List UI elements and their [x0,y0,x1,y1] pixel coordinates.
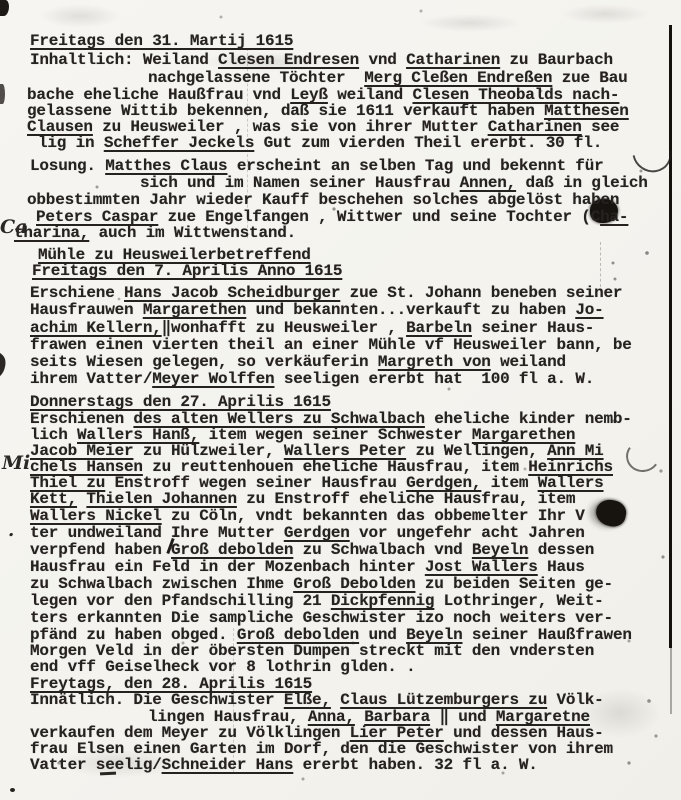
text-line: frawen einen vierten theil an einer Mühl… [30,337,632,354]
underlined-text: Heinrichs [528,458,613,476]
text-line: bache eheliche Haußfrau vnd Leyß weiland… [27,87,619,104]
text-segment: ters erkannten Die sampliche Geschwister… [30,609,613,627]
text-segment: seeligen ererbt hat 100 fl a. W. [274,370,594,388]
text-segment: frawen einen vierten theil an einer Mühl… [30,336,632,354]
underlined-text: Mühle zu Heusweilerbetreffend [38,246,311,264]
underlined-text: Freitags den 31. Martij 1615 [30,32,293,50]
underlined-text: Groß debolden [237,626,359,644]
underlined-text: Donnerstags den 27. Aprilis 1615 [30,393,331,411]
text-segment: ihrem Vatter/ [30,370,152,388]
text-segment: zu Schwalbach vnd [293,541,472,559]
ring-stain [623,437,662,474]
text-line: tharina, auch im Wittwenstand. [14,225,296,242]
text-line: Clausen zu Heusweiler , was sie von ihre… [27,119,619,136]
text-segment: weiland [328,86,413,104]
text-segment: zu Heusweiler , was sie von ihrer Mutter [93,118,488,136]
text-segment: verkaufen dem Meyer zu Völklingen [30,724,350,742]
text-line: Erschiene Hans Jacob Scheidburger zue St… [30,285,622,302]
text-line: Peters Caspar zue Engelfangen , Wittwer … [36,209,628,226]
underlined-text: Elße, [284,691,331,709]
text-line: seits Wiesen gelegen, so verkäuferin Mar… [30,354,566,371]
underlined-text: Leyß [290,86,328,104]
text-segment: lingen Hausfrau, [148,708,308,726]
text-segment: ‖wonhafft zu Heusweiler , [162,319,406,337]
text-segment: eheliche kinder nemb- [425,410,632,428]
text-segment: vor ungefehr acht Jahren [350,524,585,542]
text-segment: Inhaltlich: Weiland [30,51,218,69]
underlined-text: Barbara [364,708,430,726]
ink-dot [10,788,15,792]
fold-crease [233,628,234,773]
scan-smudge [420,14,520,32]
scan-smudge [200,52,330,72]
underlined-text: Beyeln [472,541,528,559]
text-segment: zu Wellingen, [406,442,547,460]
text-segment: obbestimmten Jahr wieder Kauff beschehen… [27,191,619,209]
text-line: ihrem Vatter/Meyer Wolffen seeligen erer… [30,371,594,388]
underlined-text: Matthes Claus [105,157,227,175]
text-segment: Hausfrauwen [30,301,143,319]
text-segment: seiner Haußfrawen [463,626,632,644]
text-line: Jacob Meier zu Hülzweiler, Wallers Peter… [30,443,604,460]
text-line: gelassene Wittib bekennen, daß sie 1611 … [27,103,629,120]
text-segment: Gut zum vierden Theil ererbt. 30 fl. [254,134,602,152]
text-segment: zu Enstroff eheliche Hausfrau, item [237,490,575,508]
underlined-text: Beyeln [406,626,462,644]
underlined-text: Gerdgen, [406,474,481,492]
text-line: ters erkannten Die sampliche Geschwister… [30,610,613,627]
underlined-text: Barbeln [406,319,472,337]
text-segment: zue St. Johann beneben seiner [340,284,622,302]
text-segment: gelassene Wittib bekennen, daß sie 1611 … [27,102,544,120]
text-line: achim Kellern,‖wonhafft zu Heusweiler , … [30,320,594,337]
text-segment: zu beiden Seiten ge- [415,575,612,593]
entry-losung: Losung. Matthes Claus erscheint an selbe… [0,0,681,800]
underlined-text: Lier Peter [350,724,444,742]
underlined-text: Thielen Johannen [86,490,236,508]
underlined-text: Wallers [538,474,604,492]
underlined-text: Catharinen [406,51,500,69]
text-segment: seits Wiesen gelegen, so verkäuferin [30,353,378,371]
margin-note-ca: Ca [0,216,27,238]
text-segment: seiner Haus- [472,319,594,337]
text-segment: und bekannten...verkauft zu haben [246,301,575,319]
text-line: verkaufen dem Meyer zu Völklingen Lier P… [30,725,604,742]
text-line: chels Hansen zu reuttenhouen eheliche Ha… [30,459,613,476]
right-margin-rule-faint [670,648,672,714]
text-segment: zu Baurbach [500,51,613,69]
margin-dot: . [8,520,14,541]
ink-blot [590,199,618,223]
underlined-text: Claus Lützemburgers zu [340,691,547,709]
text-line: Freitags den 7. Aprilis Anno 1615 [32,263,342,280]
underlined-text: Ann Mi [547,442,603,460]
underlined-text: Jost Wallers [425,558,538,576]
text-line: Mühle zu Heusweilerbetreffend [38,247,311,264]
underlined-text: Peters Caspar [36,208,158,226]
text-segment: zu reuttenhouen eheliche Hausfrau, item [143,458,528,476]
underlined-text: Clesen Theobalds nach- [412,86,619,104]
underlined-text: Margarethen [143,301,246,319]
scan-smudge [580,688,660,738]
text-line: sich und im Namen seiner Hausfrau Annen,… [140,175,648,192]
text-line: Donnerstags den 27. Aprilis 1615 [30,394,331,411]
underlined-text: Margarethen [472,426,575,444]
text-line: verpfend haben Groß debolden zu Schwalba… [30,542,594,559]
underlined-text: achim Kellern, [30,319,162,337]
underlined-text: Clausen [27,118,93,136]
text-segment: bache eheliche Haußfrau vnd [27,86,290,104]
fold-crease [247,48,248,238]
text-line: lig in Scheffer Jeckels Gut zum vierden … [38,135,602,152]
underlined-text: Wallers Hanß, [77,426,199,444]
text-segment: see [582,118,620,136]
text-segment: verpfend haben [30,541,171,559]
right-margin-rule [669,25,672,648]
underlined-text: Matthesen [544,102,629,120]
handwritten-insertion-stroke [166,538,174,554]
text-segment [331,691,340,709]
entry-freytag-28-aprilis-1615: Freytags, den 28. Aprilis 1615Innätlich.… [0,0,681,800]
text-segment: Erschiene [30,284,124,302]
text-line: ter undweiland Ihre Mutter Gerdgen vor u… [30,525,585,542]
text-segment: ter undweiland Ihre Mutter [30,524,284,542]
underlined-text: Wallers Nickel [30,507,162,525]
entry-muehle-heusweiler-7-aprilis-1615: Mühle zu HeusweilerbetreffendFreitags de… [0,0,681,800]
text-line: Freytags, den 28. Aprilis 1615 [30,676,312,693]
fold-crease [600,242,601,287]
text-segment: und [359,626,406,644]
text-segment: Hausfrau ein Feld in der Mozenbach hinte… [30,558,425,576]
text-segment: zue Bau [552,69,627,87]
text-line: Freitags den 31. Martij 1615 [30,33,293,50]
underlined-text: Gerdgen [284,524,350,542]
underlined-text: Scheffer Jeckels [104,134,254,152]
underlined-text: Freytags, den 28. Aprilis 1615 [30,675,312,693]
text-line: legen vor den Pfandschilling 21 Dickpfen… [30,593,604,610]
text-line: Innätlich. Die Geschwister Elße, Claus L… [30,692,604,709]
underlined-text: Catharinen [488,118,582,136]
underlined-text: Freitags den 7. Aprilis Anno 1615 [32,262,342,280]
text-segment: zu Hülzweiler, [133,442,283,460]
underlined-text: Jacob Meier [30,442,133,460]
text-segment [77,490,86,508]
underlined-text: Groß Debolden [293,575,415,593]
text-line: Hausfrau ein Feld in der Mozenbach hinte… [30,559,585,576]
text-segment: vnd [359,51,406,69]
text-segment: zu Cöln, vndt bekannten das obbemelter I… [162,507,585,525]
text-line: zu Schwalbach zwischen Ihme Groß Debolde… [30,576,613,593]
left-edge-ink-mark [0,84,5,104]
text-line: Losung. Matthes Claus erscheint an selbe… [30,158,604,175]
text-line: Hausfrauwen Margarethen und bekannten...… [30,302,604,319]
text-segment: zue Engelfangen , Wittwer und seine Toch… [158,208,590,226]
text-segment: Haus [538,558,585,576]
scan-smudge [560,4,650,24]
text-segment: item wegen seiner Schwester [199,426,472,444]
text-segment: ererbt haben. 32 fl a. W. [293,756,537,774]
scan-smudge [40,4,120,28]
underlined-text: Margaretne [496,708,590,726]
text-line: Morgen Veld in der öbersten Dumpen strec… [30,643,594,660]
text-segment: Innätlich. Die Geschwister [30,691,284,709]
text-segment: auch im Wittwenstand. [89,224,296,242]
text-line: Erschienen des alten Wellers zu Schwalba… [30,411,632,428]
text-segment: lig in [38,134,104,152]
text-segment: Erschienen [30,410,133,428]
text-line: lich Wallers Hanß, item wegen seiner Sch… [30,427,575,444]
text-segment: Losung. [30,157,105,175]
corner-ink-mark [0,0,9,16]
text-segment: end vff Geiselheck vor 8 lothrin glden. … [30,658,415,676]
entry-donnerstag-27-aprilis-1615: Donnerstags den 27. Aprilis 1615Erschien… [0,0,681,800]
text-line: pfänd zu haben obged. Groß debolden und … [30,627,632,644]
underlined-text: Margreth von [378,353,491,371]
text-segment: Enstroff wegen seiner Hausfrau [105,474,406,492]
text-segment [355,708,364,726]
underlined-text: Groß debolden [171,541,293,559]
underlined-text: Kett, [30,490,77,508]
text-line: Kett, Thielen Johannen zu Enstroff eheli… [30,491,575,508]
text-line: Thiel zu Enstroff wegen seiner Hausfrau … [30,475,604,492]
text-segment: ‖ und [430,708,496,726]
text-segment: lich [30,426,77,444]
underlined-text: des alten Wellers zu Schwalbach [133,410,424,428]
underlined-text: Hans Jacob Scheidburger [124,284,340,302]
underlined-text: Meyer Wolffen [152,370,274,388]
underlined-text: Wallers Peter [284,442,406,460]
text-line: end vff Geiselheck vor 8 lothrin glden. … [30,659,415,676]
scan-smudge [60,748,180,778]
text-segment: dessen [528,541,594,559]
scanned-document-page: Freitags den 31. Martij 1615Inhaltlich: … [0,0,681,800]
underlined-text: Merg Cleßen Endreßen [364,69,552,87]
entry-freitag-31-martij-1615: Freitags den 31. Martij 1615Inhaltlich: … [0,0,681,800]
text-segment: erscheint an selben Tag und bekennt für [227,157,603,175]
underlined-text: Jo- [575,301,603,319]
underlined-text: Thiel zu [30,474,105,492]
text-segment: item [481,474,537,492]
text-line: lingen Hausfrau, Anna, Barbara ‖ und Mar… [148,709,590,726]
margin-note-paren: ) [0,346,8,384]
text-line: Wallers Nickel zu Cöln, vndt bekannten d… [30,508,585,525]
underlined-text: Dickpfennig [331,592,434,610]
underlined-text: chels Hansen [30,458,143,476]
ink-blot [594,497,629,529]
margin-note-mi: Mi [2,452,30,474]
text-segment: Lothringer, Weit- [434,592,603,610]
text-segment: daß in gleich [516,174,648,192]
text-segment: legen vor den Pfandschilling 21 [30,592,331,610]
underlined-text: Anna, [308,708,355,726]
underlined-text: Schneider Hans [162,756,294,774]
text-segment: sich und im Namen seiner Hausfrau [140,174,460,192]
text-segment: Morgen Veld in der öbersten Dumpen strec… [30,642,594,660]
text-line: obbestimmten Jahr wieder Kauff beschehen… [27,192,619,209]
text-segment: pfänd zu haben obged. [30,626,237,644]
text-segment: zu Schwalbach zwischen Ihme [30,575,293,593]
text-line: nachgelassene Töchter Merg Cleßen Endreß… [148,70,628,87]
text-segment: weiland [491,353,566,371]
underlined-text: Annen, [460,174,516,192]
